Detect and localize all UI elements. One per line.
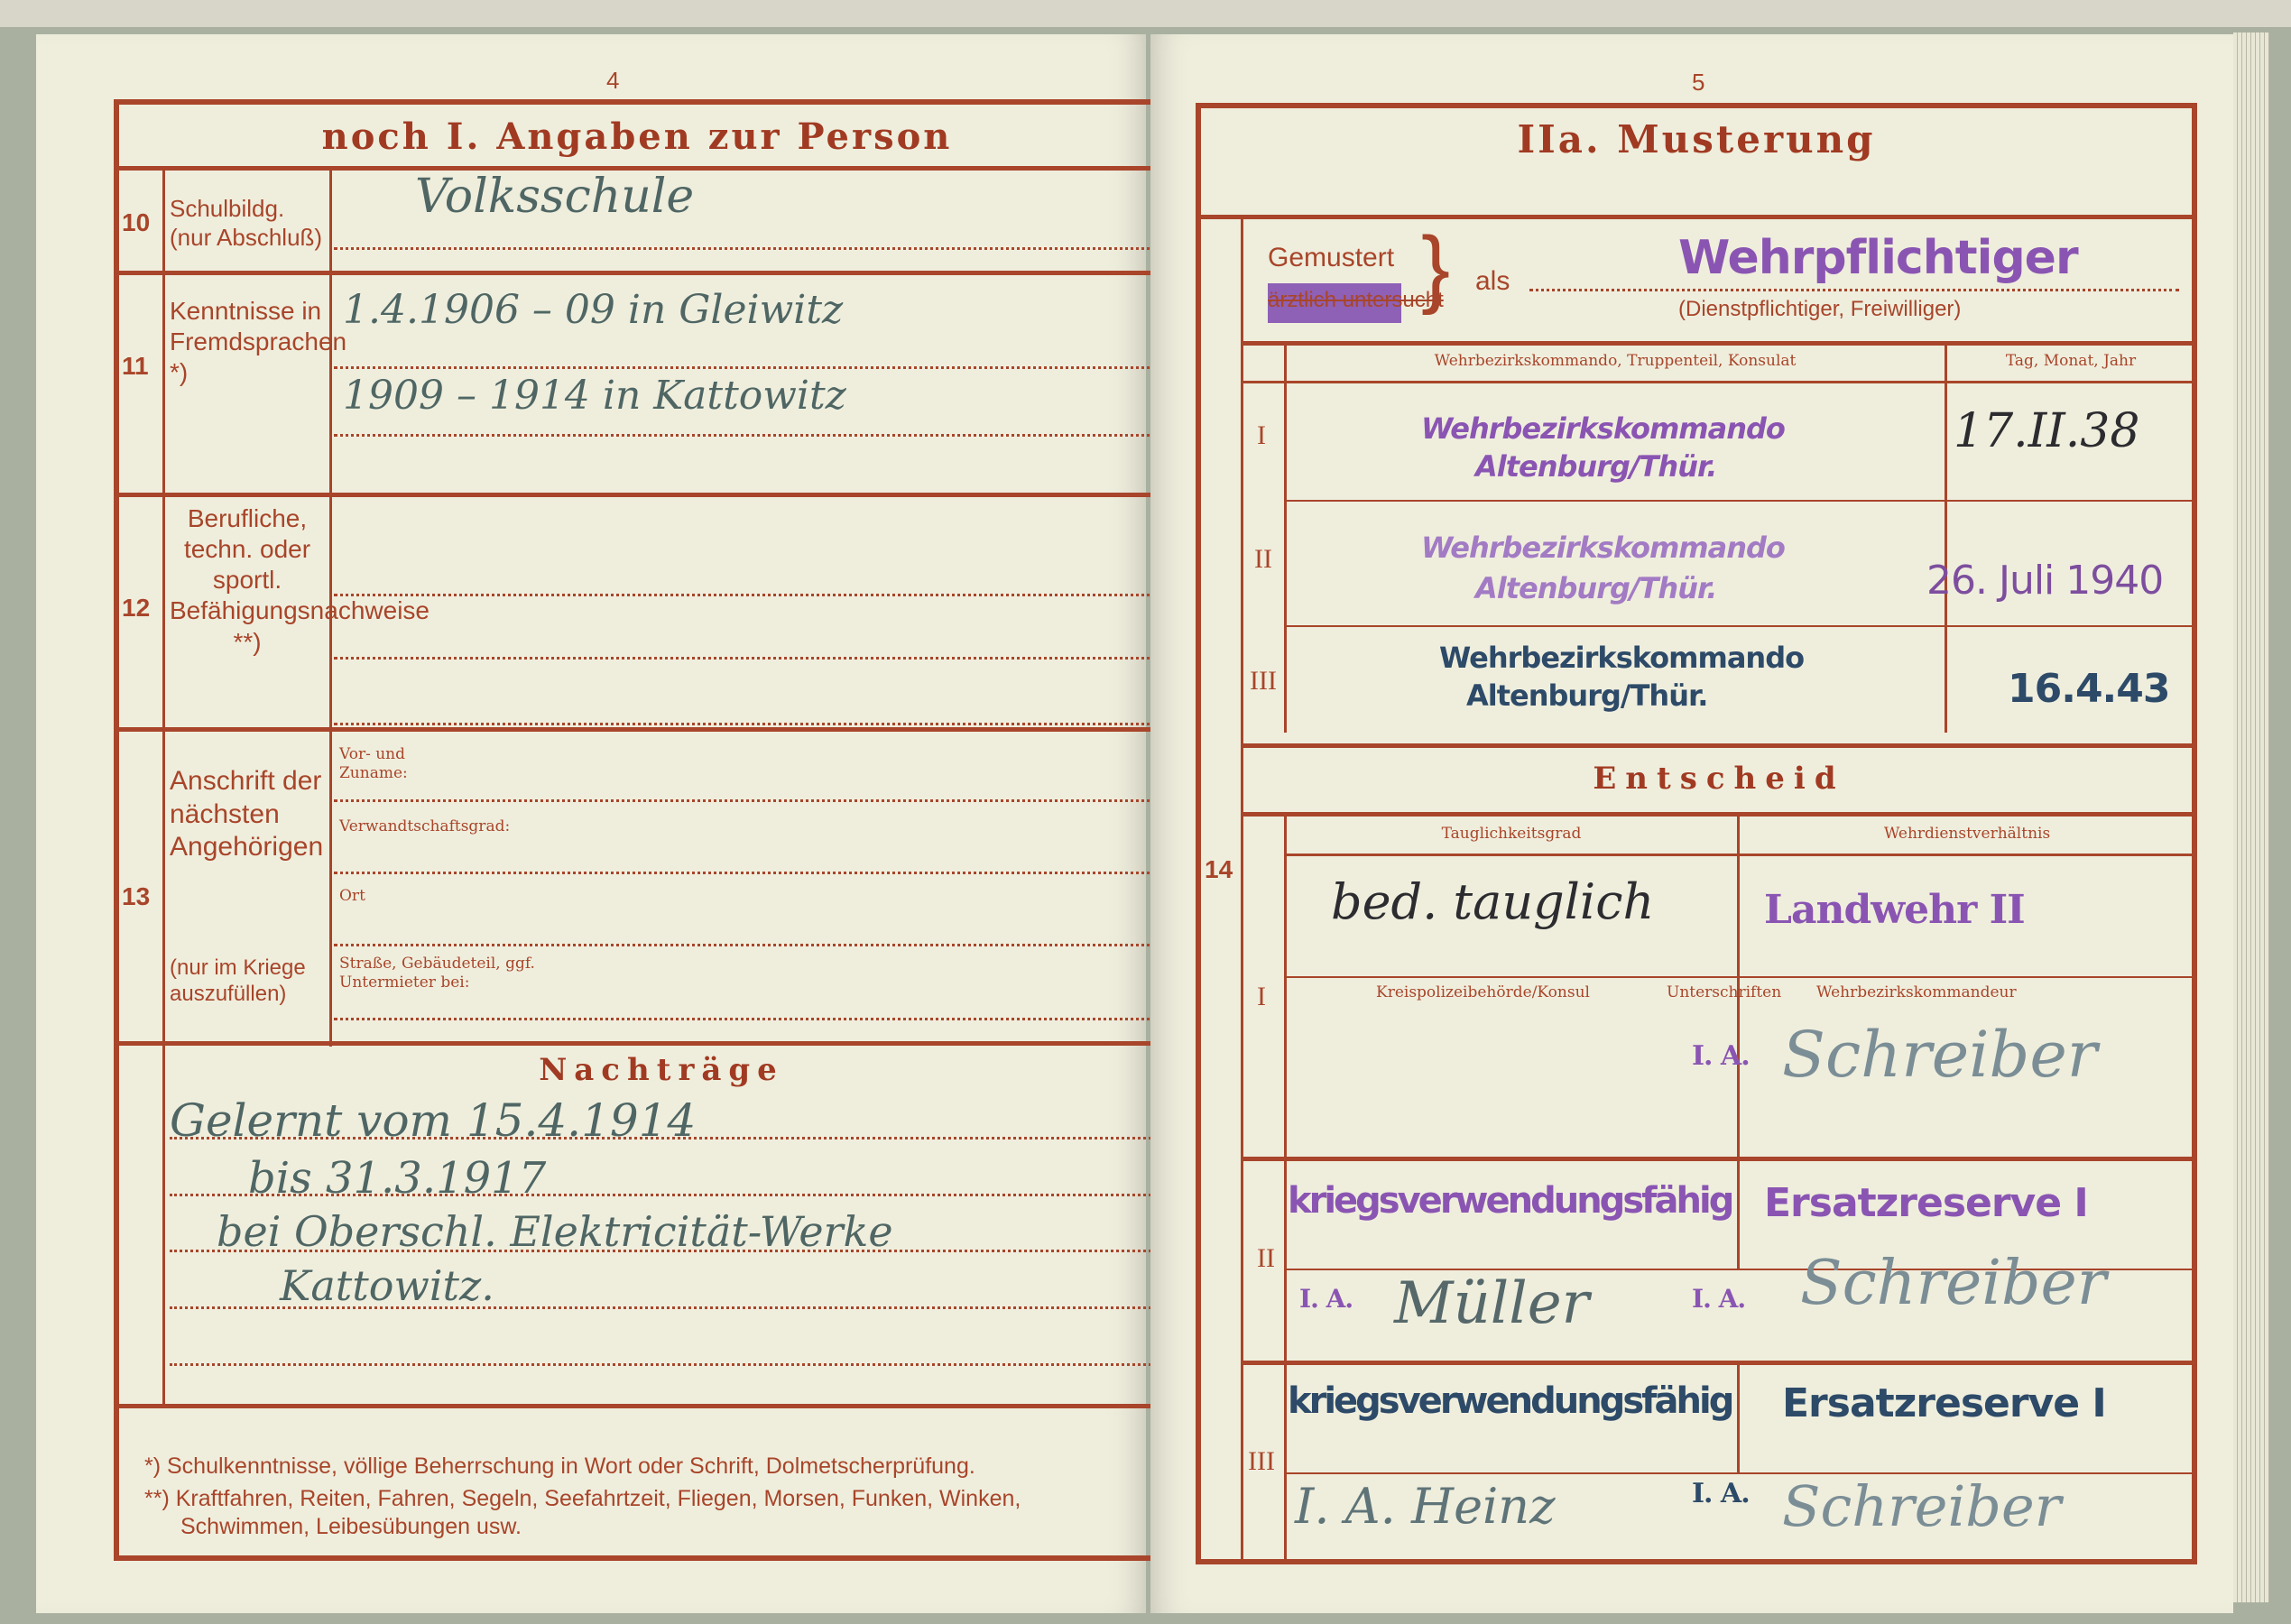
col-line <box>1284 816 1287 1559</box>
divider <box>114 1404 1160 1408</box>
row-number: 10 <box>122 208 150 237</box>
right-page: 5 IIa. Musterung Gemustert ärztlich unte… <box>1150 34 2233 1613</box>
signature: Schreiber <box>1800 1248 2106 1319</box>
field-label: Verwandtschaftsgrad: <box>339 817 457 836</box>
office-stamp: Wehrbezirkskommando <box>1421 531 1785 565</box>
office-stamp: Altenburg/Thür. <box>1475 449 1716 484</box>
als-label: als <box>1475 265 1510 299</box>
row-number: 13 <box>122 882 150 911</box>
col-header: Tag, Monat, Jahr <box>1946 352 2195 371</box>
date-stamp: 16.4.43 <box>2008 666 2170 712</box>
fitness-entry[interactable]: bed. tauglich <box>1331 873 1654 930</box>
col-line <box>1284 345 1287 733</box>
office-stamp: Altenburg/Thür. <box>1475 571 1716 605</box>
field-label: Vor- und Zuname: <box>339 745 448 784</box>
date-entry[interactable]: 17.II.38 <box>1954 404 2139 458</box>
page-number: 4 <box>606 67 619 95</box>
roman-numeral: III <box>1250 666 1277 697</box>
signature-prefix: I. A. <box>1692 1040 1750 1072</box>
roman-numeral: III <box>1248 1446 1275 1477</box>
row-number: 12 <box>122 594 150 623</box>
entry-line <box>334 872 1157 874</box>
signature-label: Kreispolizeibehörde/Konsul <box>1376 983 1590 1002</box>
divider <box>114 493 1160 497</box>
page-title: IIa. Musterung <box>1196 117 2197 161</box>
signature-prefix: I. A. <box>1299 1284 1353 1314</box>
footnote: *) Schulkenntnisse, völlige Beherrschung… <box>144 1453 1146 1481</box>
divider <box>114 271 1160 275</box>
signature-prefix: I. A. <box>1692 1478 1750 1509</box>
entry-line <box>170 1194 1157 1196</box>
num-col-line <box>162 170 165 1406</box>
field-label: Straße, Gebäudeteil, ggf. Untermieter be… <box>339 955 574 993</box>
divider <box>114 727 1160 732</box>
fitness-stamp: kriegsverwendungsfähig <box>1288 1380 1732 1422</box>
page-number: 5 <box>1692 69 1704 97</box>
struck-label: ärztlich untersucht <box>1268 287 1444 313</box>
entry-line <box>334 1018 1157 1020</box>
handwritten-entry[interactable]: 1909 – 1914 in Kattowitz <box>343 373 846 419</box>
office-stamp: Wehrbezirkskommando <box>1421 411 1785 446</box>
row-label: Anschrift der nächsten Angehörigen <box>170 765 325 864</box>
entry-line <box>1529 289 2179 291</box>
col-header: Wehrdienstverhältnis <box>1739 825 2195 844</box>
handwritten-entry[interactable]: Volksschule <box>415 170 694 224</box>
roman-numeral: II <box>1254 544 1272 575</box>
entry-line <box>170 1363 1157 1366</box>
entry-line <box>170 1250 1157 1252</box>
entry-line <box>334 799 1157 802</box>
roman-numeral: I <box>1257 420 1266 451</box>
brace: } <box>1421 215 1450 320</box>
field-label: Ort <box>339 887 365 906</box>
hint-label: (Dienstpflichtiger, Freiwilliger) <box>1678 296 1961 322</box>
divider <box>1241 812 2197 817</box>
handwritten-entry[interactable]: 1.4.1906 – 09 in Gleiwitz <box>343 287 843 333</box>
divider <box>1241 1361 2197 1365</box>
divider <box>1241 1157 2197 1161</box>
signature: I. A. Heinz <box>1295 1478 1556 1535</box>
section-number: 14 <box>1205 855 1233 884</box>
date-stamp: 26. Juli 1940 <box>1926 558 2163 604</box>
status-stamp[interactable]: Wehrpflichtiger <box>1678 231 2078 285</box>
signature: Schreiber <box>1782 1018 2097 1092</box>
divider <box>1284 625 2197 627</box>
status-stamp: Landwehr II <box>1764 887 2025 933</box>
office-stamp: Wehrbezirkskommando <box>1439 641 1804 675</box>
signature-label: Wehrbezirkskommandeur <box>1816 983 2017 1002</box>
row-number: 11 <box>122 352 149 381</box>
left-page: 4 noch I. Angaben zur Person 10 Schulbil… <box>36 34 1146 1613</box>
entscheid-title: Entscheid <box>1241 761 2197 797</box>
handwritten-entry[interactable]: bei Oberschl. Elektricität-Werke <box>217 1207 893 1256</box>
row-note: (nur im Kriege auszufüllen) <box>170 955 330 1008</box>
divider <box>1284 976 2197 978</box>
col-header: Wehrbezirkskommando, Truppenteil, Konsul… <box>1286 352 1945 371</box>
row-label: Berufliche, techn. oder sportl. Befähigu… <box>170 503 325 658</box>
divider <box>1284 500 2197 502</box>
status-stamp: Ersatzreserve I <box>1764 1180 2088 1226</box>
divider <box>114 1041 1160 1046</box>
office-stamp: Altenburg/Thür. <box>1466 678 1707 713</box>
entry-line <box>334 434 1157 437</box>
entry-line <box>170 1306 1157 1309</box>
entry-line <box>334 944 1157 946</box>
gemustert-label: Gemustert <box>1268 242 1394 275</box>
divider <box>1196 215 2197 219</box>
num-col-line <box>1241 218 1243 1559</box>
entry-line <box>334 366 1157 369</box>
entry-line <box>334 247 1157 250</box>
divider <box>1241 743 2197 748</box>
footnote: **) Kraftfahren, Reiten, Fahren, Segeln,… <box>144 1485 1146 1540</box>
handwritten-entry[interactable]: Kattowitz. <box>280 1261 494 1310</box>
divider <box>1241 381 2197 383</box>
row-label: Schulbildg. (nur Abschluß) <box>170 195 325 252</box>
col-line <box>1945 345 1947 733</box>
entry-line <box>170 1137 1157 1140</box>
divider <box>1284 854 2197 856</box>
col-header: Tauglichkeitsgrad <box>1286 825 1737 844</box>
signature: Müller <box>1394 1270 1589 1337</box>
col-line <box>1737 1364 1740 1472</box>
row-label: Kenntnisse in Fremdsprachen *) <box>170 296 325 388</box>
divider <box>1241 341 2197 346</box>
signature: Schreiber <box>1782 1473 2061 1539</box>
status-stamp: Ersatzreserve I <box>1782 1380 2106 1426</box>
signature-prefix: I. A. <box>1692 1284 1745 1314</box>
col-line <box>1737 1160 1740 1269</box>
signature-label: Unterschriften <box>1667 983 1781 1002</box>
entry-line <box>334 723 1157 725</box>
roman-numeral: I <box>1257 982 1266 1012</box>
fitness-stamp: kriegsverwendungsfähig <box>1288 1180 1732 1222</box>
roman-numeral: II <box>1257 1243 1275 1274</box>
entry-line <box>334 594 1157 596</box>
page-title: noch I. Angaben zur Person <box>114 115 1160 158</box>
nachtraege-title: Nachträge <box>162 1052 1160 1088</box>
page-edges <box>2233 32 2269 1602</box>
entry-line <box>334 657 1157 660</box>
